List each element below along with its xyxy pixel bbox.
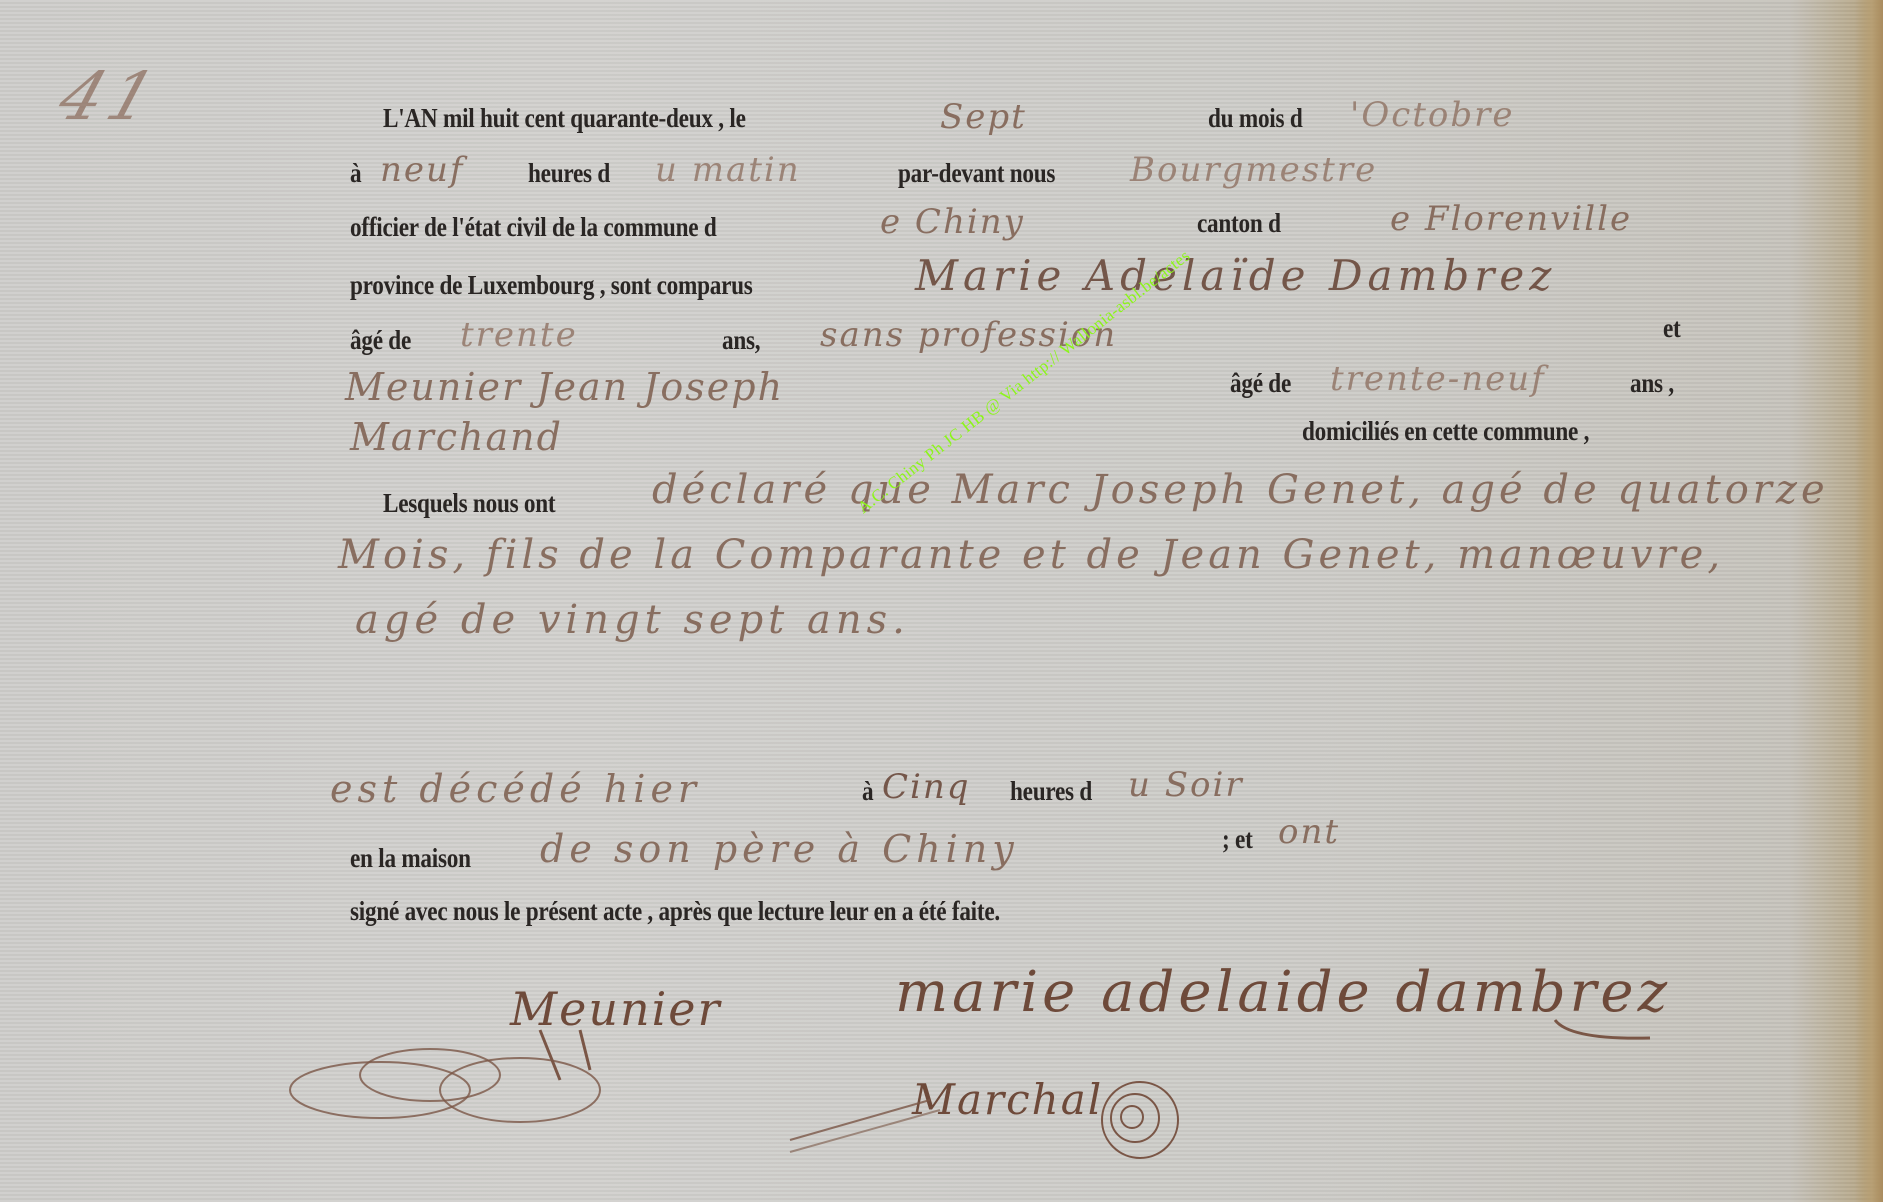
handwritten-witness-profession: Marchand (350, 418, 563, 456)
signature-flourish-officer (780, 1060, 1200, 1170)
printed-death-a: à (862, 778, 873, 805)
folio-number: 41 (49, 58, 170, 135)
printed-heures: heures d (528, 160, 610, 187)
signature-flourish-declarant (1550, 1010, 1660, 1050)
printed-par-devant: par-devant nous (898, 160, 1055, 187)
handwritten-declarant-name: Marie Adelaïde Dambrez (915, 255, 1556, 297)
printed-province: province de Luxembourg , sont comparus (350, 272, 753, 299)
printed-officier: officier de l'état civil de la commune d (350, 214, 717, 241)
printed-et: et (1663, 315, 1681, 342)
printed-witness-ans: ans , (1630, 370, 1674, 397)
handwritten-witness-age: trente-neuf (1330, 362, 1546, 396)
handwritten-death-time-of-day: u Soir (1128, 768, 1244, 802)
printed-month-label: du mois d (1208, 105, 1302, 132)
handwritten-declaration-line2: Mois, fils de la Comparante et de Jean G… (338, 535, 1724, 575)
handwritten-declarant-age: trente (460, 318, 578, 352)
handwritten-day: Sept (940, 100, 1027, 134)
printed-lesquels: Lesquels nous ont (383, 490, 555, 517)
handwritten-declaration-line3: agé de vingt sept ans. (355, 600, 910, 640)
printed-death-heures: heures d (1010, 778, 1092, 805)
printed-ans: ans, (722, 327, 760, 354)
printed-closing-formula: signé avec nous le présent acte , après … (350, 898, 1000, 925)
printed-a: à (350, 160, 361, 187)
handwritten-canton: e Florenville (1390, 202, 1632, 236)
handwritten-deceased-when: est décédé hier (330, 770, 701, 808)
handwritten-witness-name: Meunier Jean Joseph (345, 368, 784, 406)
handwritten-month: 'Octobre (1350, 98, 1515, 132)
printed-domicilies: domiciliés en cette commune , (1302, 418, 1589, 445)
printed-et-signed: ; et (1222, 826, 1253, 853)
handwritten-time-of-day: u matin (655, 153, 801, 187)
signature-flourish-witness (290, 1020, 770, 1140)
printed-en-la-maison: en la maison (350, 845, 471, 872)
handwritten-commune: e Chiny (880, 205, 1025, 239)
printed-age-de: âgé de (350, 327, 411, 354)
document-page: 41 L'AN mil huit cent quarante-deux , le… (0, 0, 1883, 1202)
printed-witness-age-de: âgé de (1230, 370, 1291, 397)
printed-canton: canton d (1197, 210, 1281, 237)
handwritten-death-hour: Cinq (882, 770, 971, 804)
handwritten-hour: neuf (380, 153, 465, 187)
binding-edge (1855, 0, 1883, 1202)
handwritten-declaration-line1: déclaré que Marc Joseph Genet, agé de qu… (652, 470, 1829, 510)
handwritten-officer-title: Bourgmestre (1130, 153, 1377, 187)
printed-year-line: L'AN mil huit cent quarante-deux , le (383, 105, 746, 132)
handwritten-death-place: de son père à Chiny (540, 830, 1019, 868)
handwritten-ont: ont (1278, 815, 1340, 849)
